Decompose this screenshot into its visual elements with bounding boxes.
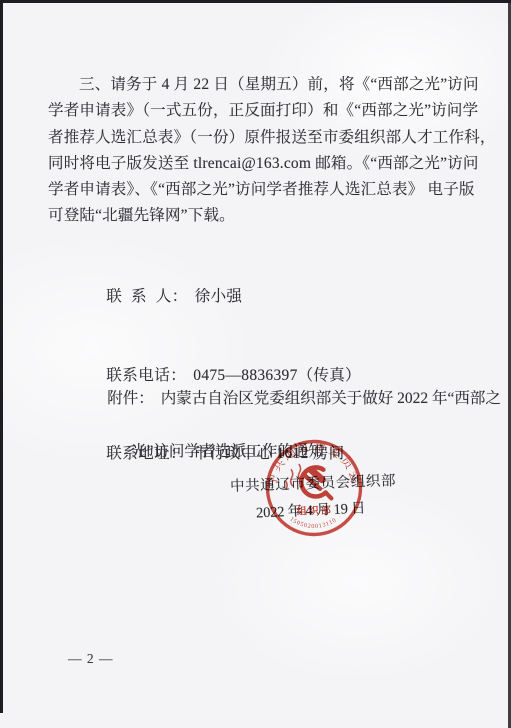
- scan-edge-top: [0, 0, 511, 3]
- attachment-label: 附件：: [107, 390, 154, 407]
- seal-label: 组织部: [297, 503, 333, 517]
- paragraph-line: 者推荐人选汇总表》（一份）原件报送至市委组织部人才工作科，: [48, 125, 470, 151]
- page-number: — 2 —: [68, 651, 114, 667]
- scanned-document-page: 三、请务于 4 月 22 日（星期五）前，将《“西部之光”访问 学者申请表》（一…: [0, 0, 511, 728]
- scan-edge-left: [0, 0, 3, 713]
- contact-label: 联 系 人：: [106, 288, 188, 305]
- contact-row: 联 系 人：徐小强: [83, 258, 361, 337]
- paragraph-line: 学者申请表》（一式五份，正反面打印）和《“西部之光”访问学: [48, 98, 470, 124]
- attachment-row: 附件：内蒙古自治区党委组织部关于做好 2022 年“西部之: [84, 360, 468, 439]
- attachment-line: 内蒙古自治区党委组织部关于做好 2022 年“西部之: [161, 390, 501, 407]
- paragraph-line: 三、请务于 4 月 22 日（星期五）前，将《“西部之光”访问: [48, 72, 470, 98]
- paragraph-line: 同时将电子版发送至 tlrencai@163.com 邮箱。《“西部之光”访问: [48, 151, 470, 177]
- paragraph-line: 可登陆“北疆先锋网”下载。: [48, 203, 470, 229]
- mongolian-script-marks: [285, 464, 301, 489]
- official-seal: 中共通辽市委员会 组织部 1505020013110: [260, 434, 368, 542]
- paragraph-line: 学者申请表》、《“西部之光”访问学者推荐人选汇总表》 电子版: [48, 177, 470, 203]
- body-paragraph: 三、请务于 4 月 22 日（星期五）前，将《“西部之光”访问 学者申请表》（一…: [48, 72, 470, 230]
- hammer-sickle-icon: [301, 467, 332, 499]
- contact-value: 徐小强: [195, 288, 242, 305]
- seal-ring: [266, 440, 362, 536]
